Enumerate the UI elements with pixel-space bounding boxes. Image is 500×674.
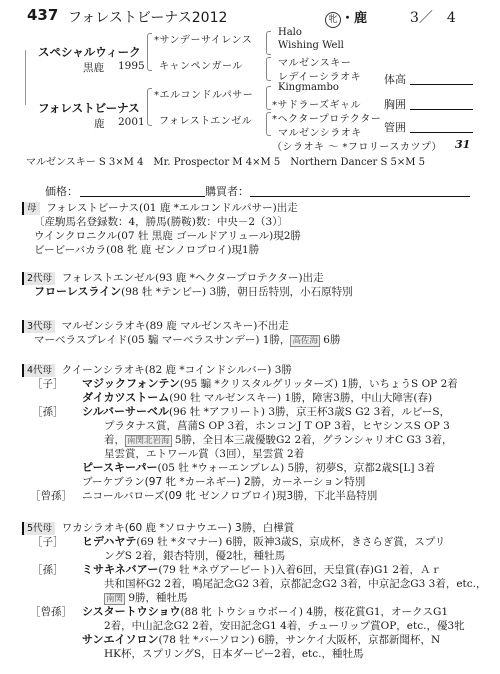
dam-name: フォレストビーナス bbox=[38, 100, 140, 116]
sire-brace bbox=[147, 33, 152, 71]
section-tag: 3代母 bbox=[22, 320, 55, 333]
g3-halo: Halo bbox=[278, 27, 302, 38]
record-continuation: ングS 2着，銀杏特別，優2牡，種牡馬 bbox=[22, 549, 487, 563]
notable-horse-record: (79 牡 *ネヴアービート)入着6回，天皇賞(春)G1 2着，Ａｒ bbox=[158, 564, 441, 576]
chest-label: 胸囲 bbox=[384, 96, 406, 112]
family-line: （シラオキ ～ *フロリースカツプ） bbox=[272, 138, 442, 153]
section-2nd-dam: 2代母 フォレストエンゼル(93 鹿 *ヘクタープロテクター)出走 フローレスラ… bbox=[22, 271, 353, 299]
record-continuation: 着， bbox=[104, 434, 125, 446]
notable-horse-record: (95 騸 *クリスタルグリッターズ) 1勝，いちょうS OP 2着 bbox=[180, 378, 458, 390]
chest-field[interactable] bbox=[410, 109, 473, 110]
section-4th-dam: 4代母 クイーンシラオキ(82 鹿 *コインドシルバー) 3勝 ［子］マジックフ… bbox=[22, 363, 458, 503]
notable-horse: フローレスライン bbox=[34, 285, 121, 298]
height-field[interactable] bbox=[410, 84, 473, 85]
notable-horse: マジックフォンテン bbox=[82, 377, 180, 390]
relation-label: ［孫］ bbox=[22, 563, 82, 577]
height-label: 体高 bbox=[384, 71, 406, 87]
g3-brace-2 bbox=[266, 57, 271, 81]
dam-brace bbox=[147, 88, 152, 126]
g3-hector-protector: *ヘクタープロテクター bbox=[272, 110, 381, 125]
section-tag: 母 bbox=[22, 202, 40, 215]
notable-horse-record: (78 牡 *バーソロン) 6勝，サンケイ大阪杯，京都新聞杯，N bbox=[158, 634, 440, 646]
sire-color: 黒鹿 bbox=[83, 60, 104, 75]
notable-horse-record: (88 牝 トウショウボーイ) 4勝，桜花賞G1，オークスG1 bbox=[180, 606, 448, 618]
dam-line: フォレストビーナス(01 鹿 *エルコンドルパサー)出走 bbox=[46, 202, 298, 214]
second-dam-line: フォレストエンゼル(93 鹿 *ヘクタープロテクター)出走 bbox=[62, 272, 324, 284]
region-box: 高佐海 bbox=[290, 335, 320, 347]
notable-horse-record: (96 牡 *アフリート) 3勝，京王杯3歳S G2 3着，ルビーS， bbox=[169, 406, 450, 418]
relation-label: ［曾孫］ bbox=[22, 605, 82, 619]
sire-dam: キャンペンガール bbox=[159, 57, 243, 72]
g3-brace-3 bbox=[266, 86, 271, 110]
lot-number: 437 bbox=[27, 6, 58, 24]
section-tag: 2代母 bbox=[22, 272, 55, 285]
notable-horse: サンエイソロン bbox=[82, 633, 158, 646]
relation-label: ［子］ bbox=[22, 535, 82, 549]
notable-horse-record: (98 牡 *テンビー) 3勝，朝日岳特別，小石原特別 bbox=[121, 286, 353, 298]
dam-offspring-2: ビービーバカラ(08 牝 鹿 ゼンノロブロイ)現1勝 bbox=[22, 243, 301, 257]
section-3rd-dam: 3代母 マルゼンシラオキ(89 鹿 マルゼンスキー)不出走 マーベラスブレイド(… bbox=[22, 319, 340, 347]
section-tag: 4代母 bbox=[22, 364, 55, 377]
notable-horse-record: (69 牡 *タマナー) 6勝，阪神3歳S，京成杯，きさらぎ賞，スプリ bbox=[136, 536, 445, 548]
sire-year: 1995 bbox=[118, 60, 145, 72]
g3-lady-shiraoki: レデイーシラオキ bbox=[278, 68, 361, 83]
dam-color: 鹿 bbox=[94, 116, 105, 131]
cannon-field[interactable] bbox=[410, 132, 473, 133]
region-box: 南関北岩海 bbox=[125, 435, 172, 447]
buyer-label: 購買者： bbox=[205, 183, 249, 199]
notable-horse-record: (90 牡 マルゼンスキー) 1勝，障害3勝，中山大障害(春) bbox=[169, 392, 432, 404]
notable-horse: シルバーサーベル bbox=[82, 405, 169, 418]
record-continuation: 9勝，種牡馬 bbox=[125, 592, 188, 604]
fourth-dam-line: クイーンシラオキ(82 鹿 *コインドシルバー) 3勝 bbox=[62, 364, 292, 376]
sex-badge: 牝・鹿 bbox=[325, 7, 367, 28]
record-continuation: HK杯，スプリングS，日本ダービー2着，etc.，種牡馬 bbox=[22, 647, 487, 661]
g3-wishing-well: Wishing Well bbox=[278, 40, 344, 51]
third-dam-line: マルゼンシラオキ(89 鹿 マルゼンスキー)不出走 bbox=[62, 320, 289, 332]
horse-record: ブーケブラン(97 牝 *カーネギー) 2勝，カーネーション特別 bbox=[82, 476, 365, 488]
sire-sire: *サンデーサイレンス bbox=[154, 31, 252, 46]
notable-horse: ミサキネバアー bbox=[82, 563, 158, 576]
section-tag: 5代母 bbox=[22, 522, 55, 535]
offspring-record-tail: 6勝 bbox=[320, 334, 341, 346]
record-continuation: 2着，中山記念G2 2着，安田記念G1 4着，チューリップ賞OP，etc.，優3… bbox=[22, 619, 487, 633]
horse-name: フォレストビーナス2012 bbox=[68, 7, 227, 27]
relation-label: ［孫］ bbox=[22, 405, 82, 419]
price-field[interactable] bbox=[80, 196, 205, 197]
g3-maruzen-shiraoki: マルゼンシラオキ bbox=[278, 124, 362, 139]
horse-record: ニコールバローズ(09 牝 ゼンノロブロイ)現3勝，下北半島特別 bbox=[82, 490, 377, 502]
pedigree-left-line bbox=[25, 50, 26, 105]
inbreeding-line: マルゼンスキー S 3×M 4 Mr. Prospector M 4×M 5 N… bbox=[26, 153, 425, 168]
g3-kingmambo: Kingmambo bbox=[278, 82, 339, 93]
g3-maruzensky: マルゼンスキー bbox=[278, 54, 351, 69]
dam-offspring-stats: 〔産駒馬名登録数：4，勝馬(勝鞍)数：中央－2（3）〕 bbox=[22, 215, 301, 229]
coat-color: ・鹿 bbox=[341, 11, 367, 26]
dam-dam: フォレストエンゼル bbox=[159, 112, 252, 127]
relation-label: ［曾孫］ bbox=[22, 489, 82, 503]
cannon-label: 管囲 bbox=[384, 119, 406, 135]
section-5th-dam: 5代母 ワカシラオキ(60 鹿 *ソロナウエー) 3勝，白樺賞 ［子］ヒデハヤテ… bbox=[22, 521, 487, 661]
region-box: 南関 bbox=[104, 593, 125, 605]
relation-label: ［子］ bbox=[22, 377, 82, 391]
offspring-record: マーベラスブレイド(05 騸 マーベラスサンデー) 1勝， bbox=[34, 334, 290, 346]
g3-brace-4 bbox=[266, 112, 271, 136]
notable-horse: ダイカツストーム bbox=[82, 391, 169, 404]
sire-name: スペシャルウィーク bbox=[38, 44, 141, 60]
notable-horse: ヒデハヤテ bbox=[82, 535, 136, 548]
buyer-field[interactable] bbox=[250, 196, 470, 197]
g3-sadlers-gal: *サドラーズギャル bbox=[272, 96, 361, 111]
notable-horse-record: (05 牡 *ウォーエンブレム) 5勝，初夢S，京都2歳S[L] 3着 bbox=[157, 462, 435, 474]
notable-horse: ピースキーパー bbox=[82, 461, 157, 474]
section-dam: 母 フォレストビーナス(01 鹿 *エルコンドルパサー)出走 〔産駒馬名登録数：… bbox=[22, 201, 301, 257]
sex-symbol: 牝 bbox=[325, 12, 341, 28]
g3-brace-1 bbox=[266, 31, 271, 55]
dam-offspring-1: ウインクロニクル(07 牡 黒鹿 ゴールドアリュール)現2勝 bbox=[22, 229, 301, 243]
notable-horse: シスタートウショウ bbox=[82, 605, 180, 618]
dam-sire: *エルコンドルパサー bbox=[154, 86, 253, 101]
record-continuation: 星雲賞，エトワール賞（3回），星雲賞 2着 bbox=[22, 447, 458, 461]
record-continuation-tail: 5勝，全日本三歳優駿G2 2着，グランシャリオC G3 3着， bbox=[172, 434, 453, 446]
dam-year: 2001 bbox=[118, 116, 145, 128]
birth-date: 3／ 4 bbox=[410, 7, 456, 27]
family-number: 31 bbox=[455, 138, 470, 151]
fifth-dam-line: ワカシラオキ(60 鹿 *ソロナウエー) 3勝，白樺賞 bbox=[62, 522, 295, 534]
price-label: 価格： bbox=[45, 183, 78, 199]
record-continuation: 共和国杯G2 2着，鳴尾記念G2 3着，京都記念G2 3着，中京記念G3 3着，… bbox=[22, 577, 487, 591]
record-continuation: プラタナス賞，菖蒲S OP 3着，ホンコンJ T OP 3着，ヒヤシンスS OP… bbox=[22, 419, 458, 433]
